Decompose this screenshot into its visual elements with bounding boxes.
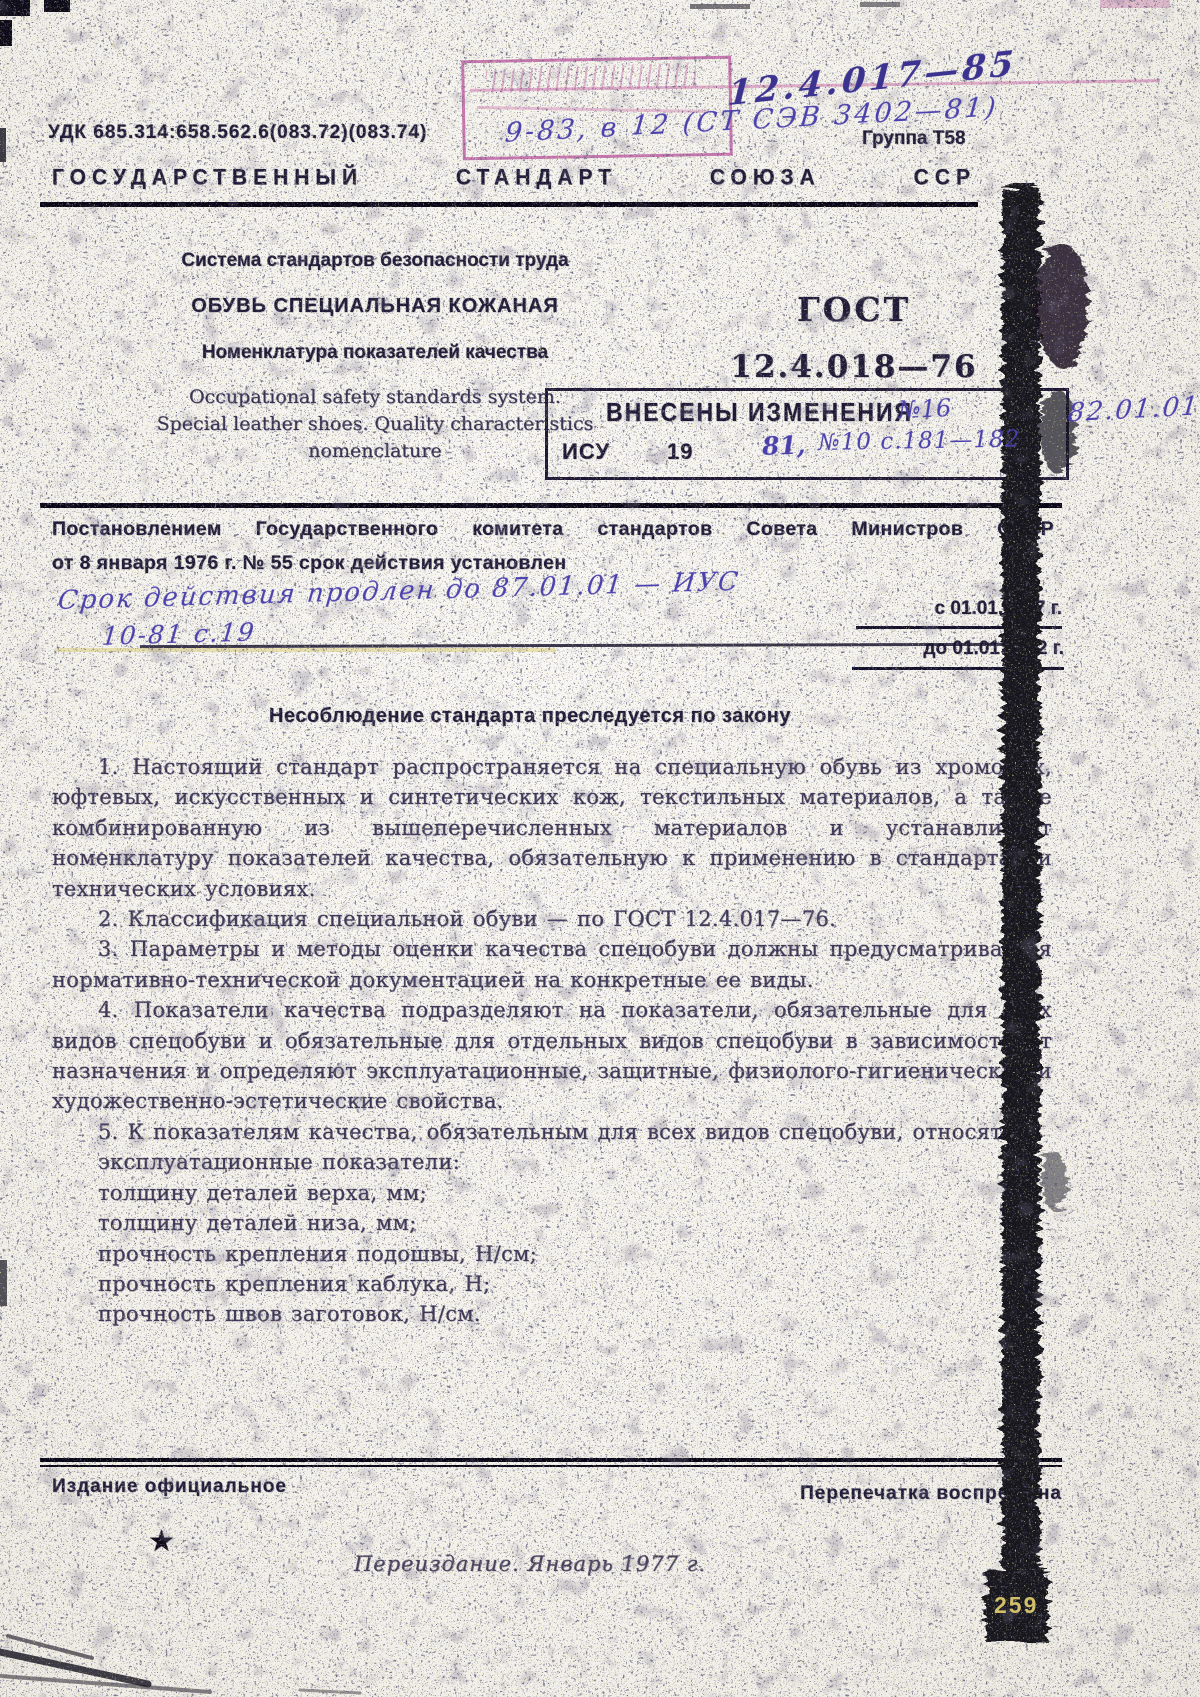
- reprint-forbidden-label: Перепечатка воспрещена: [700, 1483, 1062, 1505]
- header-divider-rule: [40, 202, 978, 207]
- list-item: прочность крепления каблука, Н;: [52, 1269, 1052, 1299]
- standard-body-text: 1. Настоящий стандарт распространяется н…: [52, 752, 1052, 1330]
- decree-line1: Постановлением Государственного комитета…: [52, 518, 1054, 541]
- footer-divider-rule: [40, 1458, 1062, 1467]
- document-title: ОБУВЬ СПЕЦИАЛЬНАЯ КОЖАНАЯ: [118, 295, 632, 318]
- gost-designation: ГОСТ 12.4.018—76: [706, 290, 1002, 385]
- udk-classification: УДК 685.314:658.562.6(083.72)(083.74): [48, 122, 427, 144]
- official-edition-label: Издание официальное: [52, 1476, 287, 1498]
- list-item: толщину деталей верха, мм;: [52, 1178, 1052, 1208]
- paragraph-2: 2. Классификация специальной обуви — по …: [52, 904, 1052, 934]
- document-subtitle: Номенклатура показателей качества: [118, 342, 632, 364]
- page-number: 259: [994, 1592, 1038, 1619]
- paragraph-4: 4. Показатели качества подразделяют на п…: [52, 995, 1052, 1117]
- changes-stamp-title: ВНЕСЕНЫ ИЗМЕНЕНИЯ: [606, 397, 913, 427]
- group-label: Группа Т58: [862, 128, 966, 150]
- validity-from-date: с 01.01.1977 г.: [856, 598, 1062, 629]
- handwritten-stamp-number: №16: [898, 394, 952, 424]
- document-content: УДК 685.314:658.562.6(083.72)(083.74) Гр…: [0, 0, 1200, 1697]
- gost-label: ГОСТ: [706, 290, 1002, 329]
- reissue-note: Переиздание. Январь 1977 г.: [0, 1552, 1060, 1576]
- gost-number: 12.4.018—76: [706, 349, 1002, 385]
- handwritten-stamp-issue: №10 с.181—182: [818, 426, 1021, 456]
- list-item: прочность крепления подошвы, Н/см;: [52, 1239, 1052, 1269]
- scanned-gost-document-page: УДК 685.314:658.562.6(083.72)(083.74) Гр…: [0, 0, 1200, 1697]
- paragraph-1: 1. Настоящий стандарт распространяется н…: [52, 752, 1052, 904]
- list-intro: эксплуатационные показатели:: [52, 1147, 1052, 1177]
- title-divider-rule: [40, 503, 1062, 508]
- list-item: толщину деталей низа, мм;: [52, 1208, 1052, 1238]
- standards-system-line: Система стандартов безопасности труда: [118, 250, 632, 272]
- handwritten-stamp-year: 81,: [761, 430, 805, 461]
- handwritten-validity-extension2: 10-81 с.19: [101, 618, 257, 651]
- list-item: прочность швов заготовок, Н/см.: [52, 1299, 1052, 1329]
- paragraph-3: 3. Параметры и методы оценки качества сп…: [52, 934, 1052, 995]
- law-notice: Несоблюдение стандарта преследуется по з…: [0, 705, 1060, 728]
- changes-stamp-issue-line: ИСУ 19: [562, 439, 693, 465]
- paragraph-5: 5. К показателям качества, обязательным …: [52, 1117, 1052, 1147]
- document-org-title: ГОСУДАРСТВЕННЫЙ СТАНДАРТ СОЮЗА ССР: [52, 165, 976, 190]
